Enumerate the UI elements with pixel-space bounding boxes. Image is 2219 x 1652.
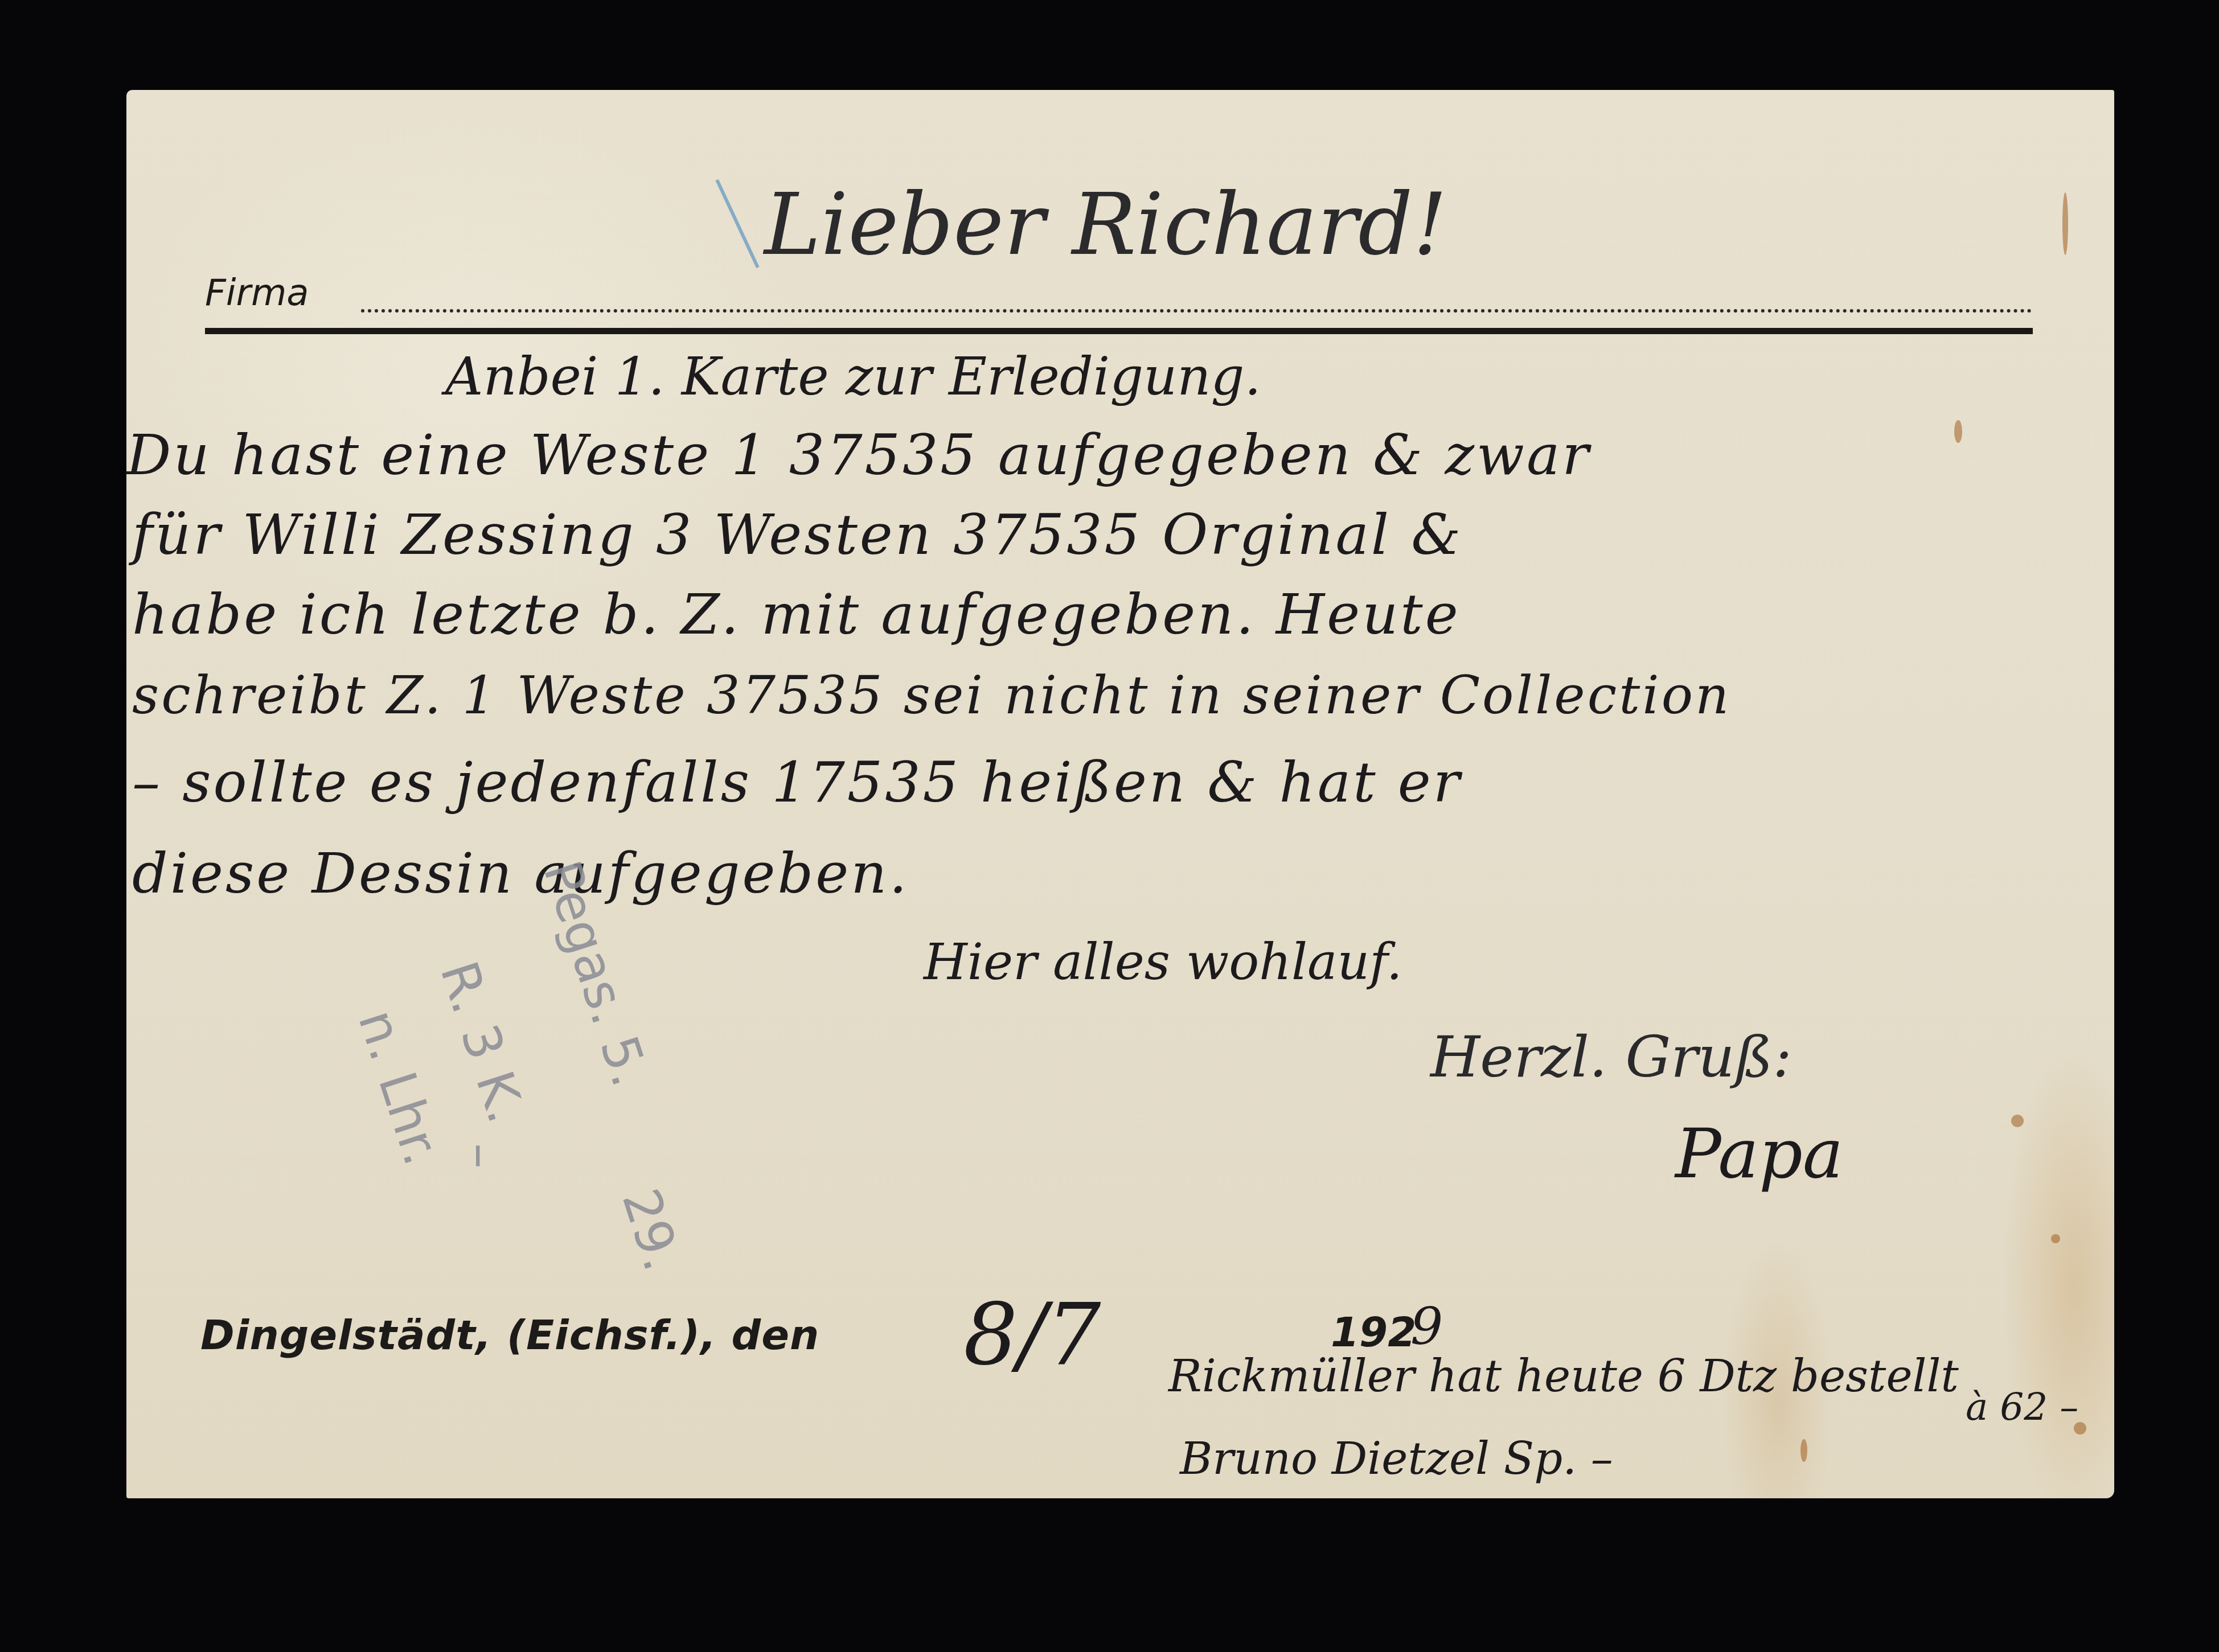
rust-stain	[1800, 1439, 1807, 1462]
bottom-note-1: Rickmüller hat heute 6 Dtz bestellt	[1168, 1351, 1959, 1402]
body-line-4: habe ich letzte b. Z. mit aufgegeben. He…	[132, 582, 1461, 647]
rust-stain	[1954, 420, 1962, 443]
pencil-note-5: –	[451, 1143, 511, 1169]
blue-ink-mark	[715, 179, 759, 269]
year-digit: 9	[1410, 1297, 1443, 1357]
greeting: Herzl. Gruß:	[1430, 1024, 1792, 1090]
place-date-label: Dingelstädt, (Eichsf.), den	[200, 1311, 819, 1359]
body-line-1: Anbei 1. Karte zur Erledigung.	[445, 346, 1261, 407]
body-line-5: schreibt Z. 1 Weste 37535 sei nicht in s…	[132, 665, 1731, 726]
body-line-7: diese Dessin aufgegeben.	[132, 841, 909, 906]
rust-stain	[2051, 1234, 2060, 1243]
signature: Papa	[1675, 1115, 1843, 1194]
rust-stain	[2062, 192, 2068, 255]
body-line-2: Du hast eine Weste 1 37535 aufgegeben & …	[126, 423, 1591, 488]
rust-stain	[2011, 1115, 2024, 1127]
pencil-note-3: n. Lhr.	[346, 1003, 452, 1173]
bottom-note-3: à 62 –	[1966, 1385, 2078, 1429]
body-line-6: – sollte es jedenfalls 17535 heißen & ha…	[132, 750, 1462, 815]
pencil-note-4: 29.	[610, 1182, 692, 1278]
postcard: Lieber Richard! Firma Anbei 1. Karte zur…	[126, 90, 2114, 1498]
salutation: Lieber Richard!	[764, 175, 1447, 274]
year-prefix: 192	[1331, 1308, 1416, 1356]
closing-line: Hier alles wohlauf.	[924, 932, 1402, 991]
rust-stain	[2074, 1422, 2086, 1435]
header-rule	[205, 328, 2033, 334]
firma-dotted-line	[361, 309, 2032, 313]
date-day-month: 8/7	[963, 1285, 1101, 1384]
bottom-note-2: Bruno Dietzel Sp. –	[1180, 1433, 1613, 1485]
firma-label: Firma	[205, 272, 309, 314]
body-line-3: für Willi Zessing 3 Westen 37535 Orginal…	[132, 503, 1463, 568]
pencil-note-2: R. 3 K.	[428, 954, 536, 1129]
